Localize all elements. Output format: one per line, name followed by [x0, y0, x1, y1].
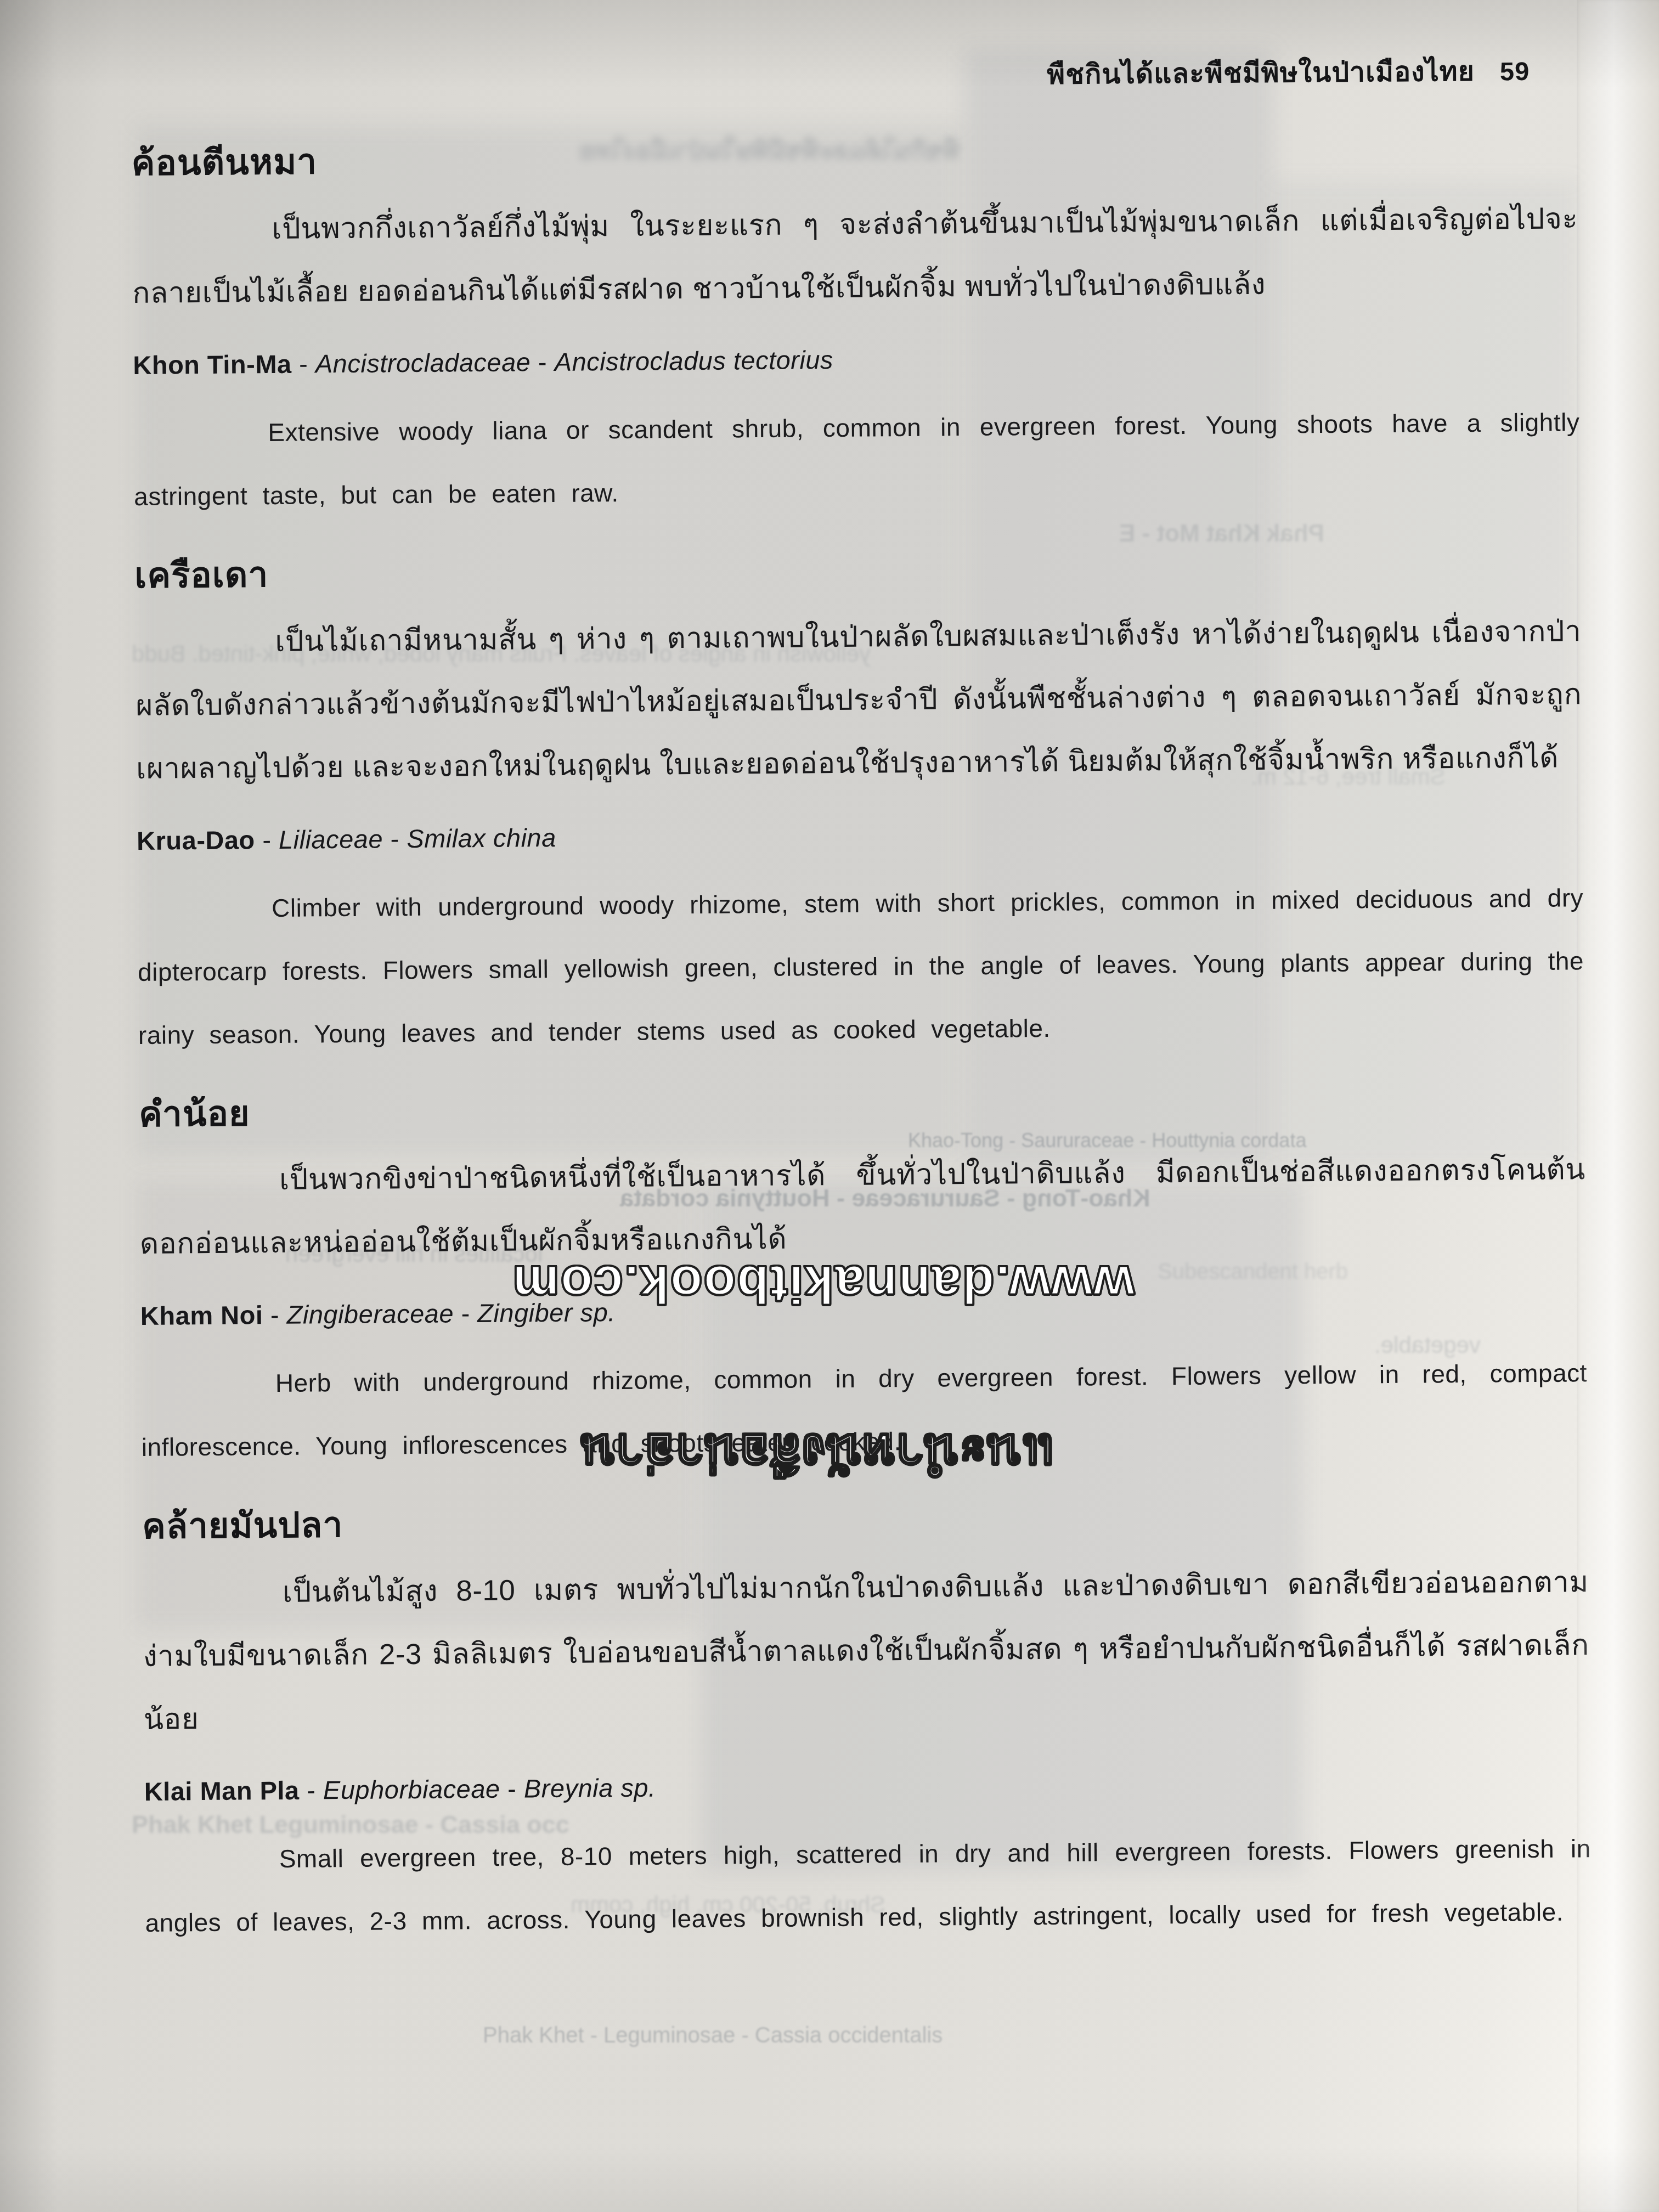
plant-latin-line: Klai Man Pla - Euphorbiaceae - Breynia s… — [144, 1765, 1590, 1807]
running-header: พืชกินได้และพืชมีพิษในป่าเมืองไทย59 — [131, 49, 1577, 104]
book-page-photo: พืชกินได้และพืชมีพิษในป่าเมืองไทย Phak K… — [0, 0, 1659, 2212]
page-edge-highlight — [1577, 0, 1659, 2212]
page-content: พืชกินได้และพืชมีพิษในป่าเมืองไทย59 ค้อน… — [131, 49, 1592, 1955]
plant-thai-name: คำน้อย — [139, 1082, 1585, 1135]
ghost-text: Phak Khet - Leguminosae - Cassia occiden… — [483, 2023, 943, 2048]
plant-family: Zingiberaceae — [286, 1299, 454, 1329]
separator: - — [263, 1300, 287, 1329]
plant-english-description: Small evergreen tree, 8-10 meters high, … — [144, 1817, 1592, 1955]
plant-species: Smilax china — [407, 823, 556, 853]
plant-thai-name: คล้ายมันปลา — [142, 1494, 1589, 1548]
plant-family: Ancistrocladaceae — [315, 347, 531, 378]
plant-name-en: Klai Man Pla — [144, 1776, 300, 1806]
plant-name-en: Kham Noi — [140, 1301, 263, 1331]
watermark-thai: แนะนำหนังสือน่าอ่าน — [554, 1413, 1081, 1493]
plant-name-en: Krua-Dao — [137, 825, 255, 855]
plant-english-description: Climber with underground woody rhizome, … — [137, 866, 1585, 1067]
plant-thai-description: เป็นไม้เถามีหนามสั้น ๆ ห่าง ๆ ตามเถาพบใน… — [135, 600, 1583, 800]
plant-species: Ancistrocladus tectorius — [554, 345, 833, 376]
plant-thai-name: เครือเดา — [134, 543, 1581, 596]
plant-latin-line: Khon Tin-Ma - Ancistrocladaceae - Ancist… — [133, 338, 1579, 380]
separator: - — [255, 825, 279, 854]
plant-latin-line: Krua-Dao - Liliaceae - Smilax china — [137, 814, 1583, 856]
separator: - — [531, 347, 555, 376]
plant-family: Euphorbiaceae — [323, 1774, 500, 1805]
page-number: 59 — [1500, 56, 1530, 86]
plant-name-en: Khon Tin-Ma — [133, 349, 292, 380]
plant-family: Liliaceae — [279, 824, 383, 854]
plant-thai-description: เป็นพวกกึ่งเถาวัลย์กึ่งไม้พุ่ม ในระยะแรก… — [132, 187, 1579, 325]
separator: - — [500, 1774, 524, 1803]
separator: - — [383, 824, 407, 853]
plant-thai-description: เป็นต้นไม้สูง 8-10 เมตร พบทั่วไปไม่มากนั… — [142, 1550, 1590, 1751]
plant-section-khon-tin-ma: ค้อนตีนหมา เป็นพวกกึ่งเถาวัลย์กึ่งไม้พุ่… — [131, 131, 1580, 528]
plant-english-description: Extensive woody liana or scandent shrub,… — [133, 391, 1581, 528]
plant-species: Breynia sp. — [524, 1773, 656, 1803]
separator: - — [299, 1776, 323, 1805]
plant-section-klai-man-pla: คล้ายมันปลา เป็นต้นไม้สูง 8-10 เมตร พบทั… — [142, 1494, 1592, 1955]
separator: - — [454, 1299, 478, 1328]
running-header-title: พืชกินได้และพืชมีพิษในป่าเมืองไทย — [1047, 56, 1475, 90]
plant-section-krua-dao: เครือเดา เป็นไม้เถามีหนามสั้น ๆ ห่าง ๆ ต… — [134, 543, 1584, 1066]
separator: - — [291, 349, 315, 378]
watermark-url: www.dannakitbook.com — [483, 1254, 1163, 1314]
plant-thai-name: ค้อนตีนหมา — [131, 131, 1578, 184]
